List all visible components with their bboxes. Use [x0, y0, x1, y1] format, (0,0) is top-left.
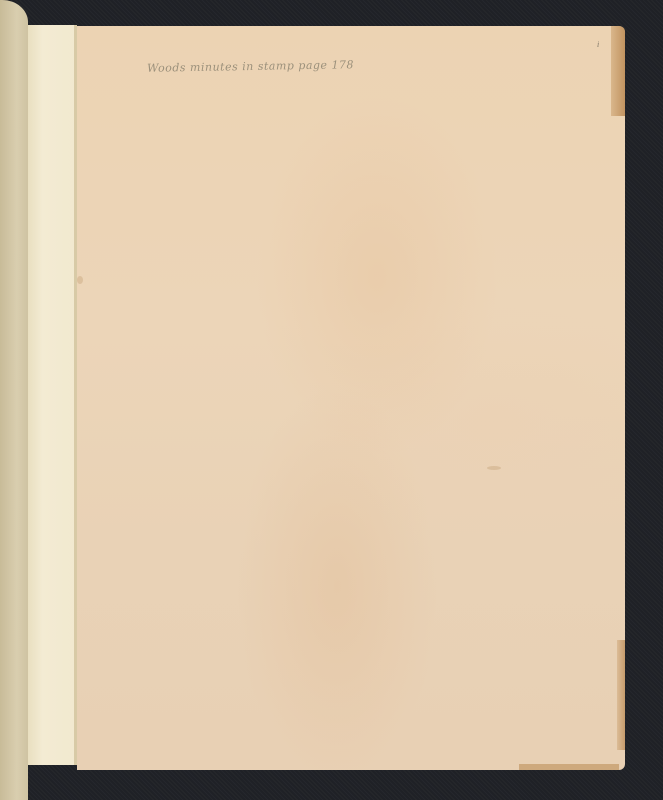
foxing-mark — [487, 466, 501, 470]
edge-discoloration-top — [611, 26, 625, 116]
pencil-annotation: Woods minutes in stamp page 178 — [147, 58, 354, 75]
foxing-spot — [77, 276, 83, 284]
edge-discoloration-bottom — [617, 640, 625, 750]
edge-discoloration-foot — [519, 764, 619, 770]
binding-guard-strip — [28, 25, 76, 765]
manuscript-page: Woods minutes in stamp page 178 i — [77, 26, 625, 770]
folio-mark: i — [597, 40, 599, 49]
facing-page-edge — [0, 0, 28, 800]
